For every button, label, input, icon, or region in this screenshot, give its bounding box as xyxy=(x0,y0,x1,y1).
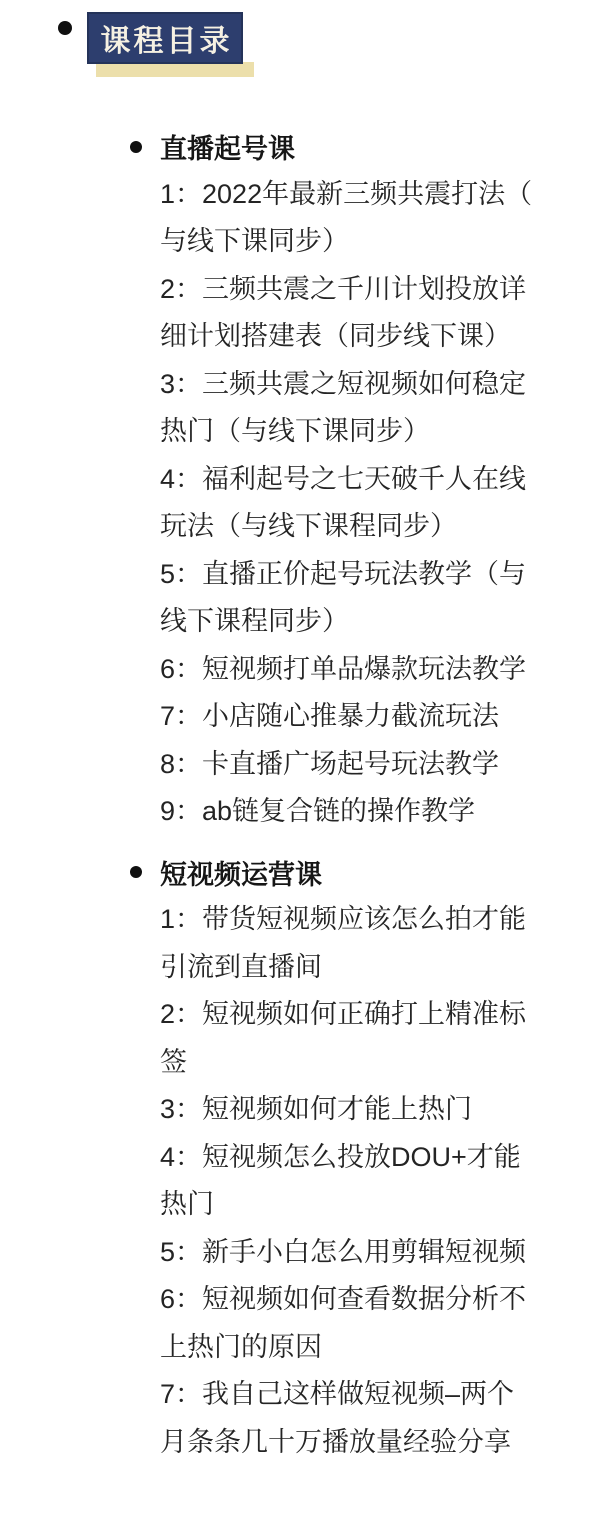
course-item-line: 玩法（与线下课程同步） xyxy=(160,503,601,551)
catalog-badge-wrap: 课程目录 xyxy=(87,12,243,64)
course-section: 短视频运营课1：带货短视频应该怎么拍才能引流到直播间2：短视频如何正确打上精准标… xyxy=(0,849,601,1467)
course-item-line: 9：ab链复合链的操作教学 xyxy=(160,788,601,836)
course-item-line: 6：短视频打单品爆款玩法教学 xyxy=(160,646,601,694)
course-item-line: 1：带货短视频应该怎么拍才能 xyxy=(160,896,601,944)
course-item-line: 8：卡直播广场起号玩法教学 xyxy=(160,741,601,789)
course-item-line: 7：我自己这样做短视频–两个 xyxy=(160,1371,601,1419)
section-title: 直播起号课 xyxy=(160,127,295,166)
section-header: 直播起号课 xyxy=(0,123,601,171)
section-title: 短视频运营课 xyxy=(160,853,322,892)
course-item-line: 线下课程同步） xyxy=(160,598,601,646)
course-item-line: 3：三频共震之短视频如何稳定 xyxy=(160,361,601,409)
badge-shadow xyxy=(96,62,254,77)
bullet-icon xyxy=(130,866,142,878)
course-item-line: 与线下课同步） xyxy=(160,218,601,266)
course-item-line: 签 xyxy=(160,1039,601,1087)
course-section: 直播起号课1：2022年最新三频共震打法（与线下课同步）2：三频共震之千川计划投… xyxy=(0,123,601,836)
course-item-line: 2：三频共震之千川计划投放详 xyxy=(160,266,601,314)
course-sections: 直播起号课1：2022年最新三频共震打法（与线下课同步）2：三频共震之千川计划投… xyxy=(0,0,601,1466)
course-item-line: 热门（与线下课同步） xyxy=(160,408,601,456)
course-item-line: 3：短视频如何才能上热门 xyxy=(160,1086,601,1134)
course-item-line: 细计划搭建表（同步线下课） xyxy=(160,313,601,361)
course-item-line: 7：小店随心推暴力截流玩法 xyxy=(160,693,601,741)
bullet-icon xyxy=(130,141,142,153)
course-item-line: 5：新手小白怎么用剪辑短视频 xyxy=(160,1229,601,1277)
course-item-line: 4：福利起号之七天破千人在线 xyxy=(160,456,601,504)
course-item-line: 上热门的原因 xyxy=(160,1324,601,1372)
course-item-line: 2：短视频如何正确打上精准标 xyxy=(160,991,601,1039)
catalog-header: 课程目录 xyxy=(58,12,243,64)
course-item-line: 4：短视频怎么投放DOU+才能 xyxy=(160,1134,601,1182)
catalog-badge: 课程目录 xyxy=(87,12,243,64)
course-item-line: 引流到直播间 xyxy=(160,944,601,992)
bullet-icon xyxy=(58,21,72,35)
course-item-line: 热门 xyxy=(160,1181,601,1229)
course-item-line: 6：短视频如何查看数据分析不 xyxy=(160,1276,601,1324)
course-item-line: 5：直播正价起号玩法教学（与 xyxy=(160,551,601,599)
course-item-line: 1：2022年最新三频共震打法（ xyxy=(160,171,601,219)
section-header: 短视频运营课 xyxy=(0,849,601,897)
course-item-line: 月条条几十万播放量经验分享 xyxy=(160,1419,601,1467)
